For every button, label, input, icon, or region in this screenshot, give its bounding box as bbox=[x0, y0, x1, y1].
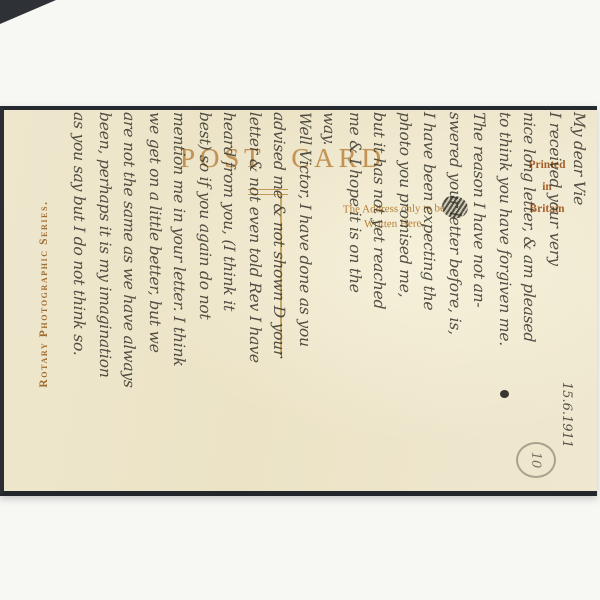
handwriting-line: way. bbox=[316, 112, 341, 483]
handwriting-line: The reason I have not an- bbox=[466, 112, 491, 483]
handwriting-line: photo you promised me, bbox=[392, 112, 417, 482]
handwriting-line: swered your letter before, is, bbox=[442, 112, 467, 482]
handwriting-line: nice long letter, & am pleased bbox=[516, 112, 541, 483]
pencil-number: 10 bbox=[529, 452, 544, 469]
handwriting-line: I have been expecting the bbox=[416, 112, 441, 483]
handwriting-line: we get on a little better, but we bbox=[142, 112, 167, 482]
handwriting-line: mention me in your letter. I think bbox=[166, 112, 191, 483]
handwriting-line: advised me & not shown D your bbox=[266, 112, 291, 483]
publisher-imprint: Rotary Photographic Series. bbox=[38, 174, 54, 414]
handwriting-line: been, perhaps it is my imagination bbox=[92, 112, 117, 482]
ink-blot bbox=[500, 390, 509, 398]
handwriting-line: but it has not yet reached bbox=[366, 112, 391, 483]
handwritten-date: 15.6.1911 bbox=[556, 365, 574, 465]
handwriting-line: Well Victor, I have done as you bbox=[292, 112, 317, 482]
handwriting-line: to think you have forgiven me. bbox=[492, 112, 517, 482]
handwriting-line: me & I hope it is on the bbox=[342, 112, 367, 482]
handwriting-line: heard from you, (I think it bbox=[216, 112, 241, 483]
handwriting-line: letter & not even told Rev I have bbox=[242, 112, 267, 482]
pencil-circled-number: 10 bbox=[516, 442, 556, 478]
message-lines: My dear VieI received your verynice long… bbox=[62, 112, 592, 482]
handwriting-line: as you say but I do not think so. bbox=[66, 112, 91, 483]
handwriting-line: best) so if you again do not bbox=[192, 112, 217, 482]
scan-corner-shadow bbox=[0, 0, 56, 24]
handwriting-line: are not the same as we have always bbox=[116, 112, 141, 483]
postcard: POST CARD The Address only to be Written… bbox=[0, 106, 597, 496]
